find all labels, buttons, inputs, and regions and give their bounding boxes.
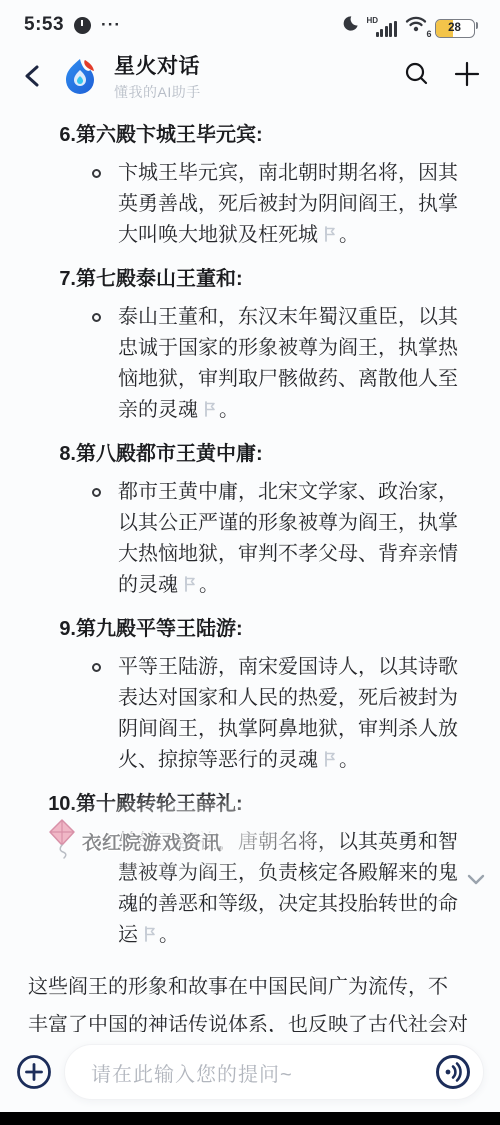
add-attachment-button[interactable]: [16, 1054, 52, 1090]
bullet-marker: [92, 313, 101, 322]
back-button[interactable]: [20, 63, 46, 89]
citation-flag-icon[interactable]: [144, 921, 156, 952]
section-heading: 7.第七殿泰山王董和:: [28, 266, 472, 292]
section-body: 平等王陆游，南宋爱国诗人，以其诗歌表达对国家和人民的热爱，死后被封为阴间阎王，执…: [118, 652, 468, 777]
section-title: 第九殿平等王陆游:: [76, 616, 243, 642]
closing-paragraph: 这些阎王的形象和故事在中国民间广为流传，不 丰富了中国的神话传说体系，也反映了古…: [28, 968, 472, 1032]
section-body: 卞城王毕元宾，南北朝时期名将，因其英勇善战，死后被封为阴间阎王，执掌大叫唤大地狱…: [118, 158, 468, 252]
watermark-text: 衣红院游戏资讯: [82, 828, 222, 855]
phone-screen: 5:53 ··· HD 6 28: [0, 0, 500, 1125]
closing-line-1: 这些阎王的形象和故事在中国民间广为流传，不: [28, 968, 472, 1006]
section-number: 8.: [28, 441, 76, 467]
spark-app-logo: [58, 54, 102, 98]
list-item-7: 7.第七殿泰山王董和: 泰山王董和，东汉末年蜀汉重臣，以其忠诚于国家的形象被尊为…: [28, 266, 472, 427]
watermark: 衣红院游戏资讯: [46, 818, 222, 865]
section-title: 第六殿卞城王毕元宾:: [76, 122, 263, 148]
battery-icon: 28: [435, 19, 475, 38]
status-bar: 5:53 ··· HD 6 28: [0, 0, 500, 42]
citation-flag-icon[interactable]: [204, 396, 216, 427]
chevron-down-icon[interactable]: [466, 873, 486, 891]
section-number: 6.: [28, 122, 76, 148]
do-not-disturb-moon-icon: [341, 14, 360, 38]
citation-flag-icon[interactable]: [324, 221, 336, 252]
section-title: 第八殿都市王黄中庸:: [76, 441, 263, 467]
section-number: 7.: [28, 266, 76, 292]
wifi6-label: 6: [426, 29, 431, 39]
wifi-icon: 6: [404, 13, 428, 38]
section-body: 都市王黄中庸，北宋文学家、政治家，以其公正严谨的形象被尊为阎王，执掌大热恼地狱，…: [118, 477, 468, 602]
section-heading: 8.第八殿都市王黄中庸:: [28, 441, 472, 467]
new-chat-plus-icon[interactable]: [454, 61, 480, 92]
list-item-9: 9.第九殿平等王陆游: 平等王陆游，南宋爱国诗人，以其诗歌表达对国家和人民的热爱…: [28, 616, 472, 777]
message-input[interactable]: 请在此输入您的提问~: [64, 1044, 484, 1100]
input-bar: 请在此输入您的提问~: [0, 1032, 500, 1112]
section-number: 9.: [28, 616, 76, 642]
section-title: 第七殿泰山王董和:: [76, 266, 243, 292]
clock-time: 5:53: [24, 14, 64, 36]
chat-message-content: 6.第六殿卞城王毕元宾: 卞城王毕元宾，南北朝时期名将，因其英勇善战，死后被封为…: [0, 110, 500, 1032]
page-subtitle: 懂我的AI助手: [114, 82, 201, 102]
more-notifications-icon: ···: [101, 15, 121, 35]
bullet-marker: [92, 169, 101, 178]
cellular-signal-icon: HD: [367, 18, 397, 38]
voice-input-button[interactable]: [433, 1052, 473, 1092]
citation-flag-icon[interactable]: [184, 571, 196, 602]
section-heading: 9.第九殿平等王陆游:: [28, 616, 472, 642]
battery-percent: 28: [436, 20, 474, 37]
list-item-6: 6.第六殿卞城王毕元宾: 卞城王毕元宾，南北朝时期名将，因其英勇善战，死后被封为…: [28, 122, 472, 252]
bullet-marker: [92, 488, 101, 497]
section-body: 泰山王董和，东汉末年蜀汉重臣，以其忠诚于国家的形象被尊为阎王，执掌热恼地狱，审判…: [118, 302, 468, 427]
alarm-icon: [74, 17, 91, 34]
list-item-8: 8.第八殿都市王黄中庸: 都市王黄中庸，北宋文学家、政治家，以其公正严谨的形象被…: [28, 441, 472, 602]
citation-flag-icon[interactable]: [324, 746, 336, 777]
kite-icon: [46, 818, 78, 865]
input-placeholder: 请在此输入您的提问~: [91, 1058, 433, 1087]
app-header: 星火对话 懂我的AI助手: [0, 42, 500, 110]
page-title: 星火对话: [114, 50, 201, 80]
home-indicator-bar: [0, 1112, 500, 1125]
closing-line-2: 丰富了中国的神话传说体系，也反映了古代社会对: [28, 1006, 472, 1032]
section-heading: 6.第六殿卞城王毕元宾:: [28, 122, 472, 148]
search-icon[interactable]: [403, 60, 430, 92]
bullet-marker: [92, 663, 101, 672]
